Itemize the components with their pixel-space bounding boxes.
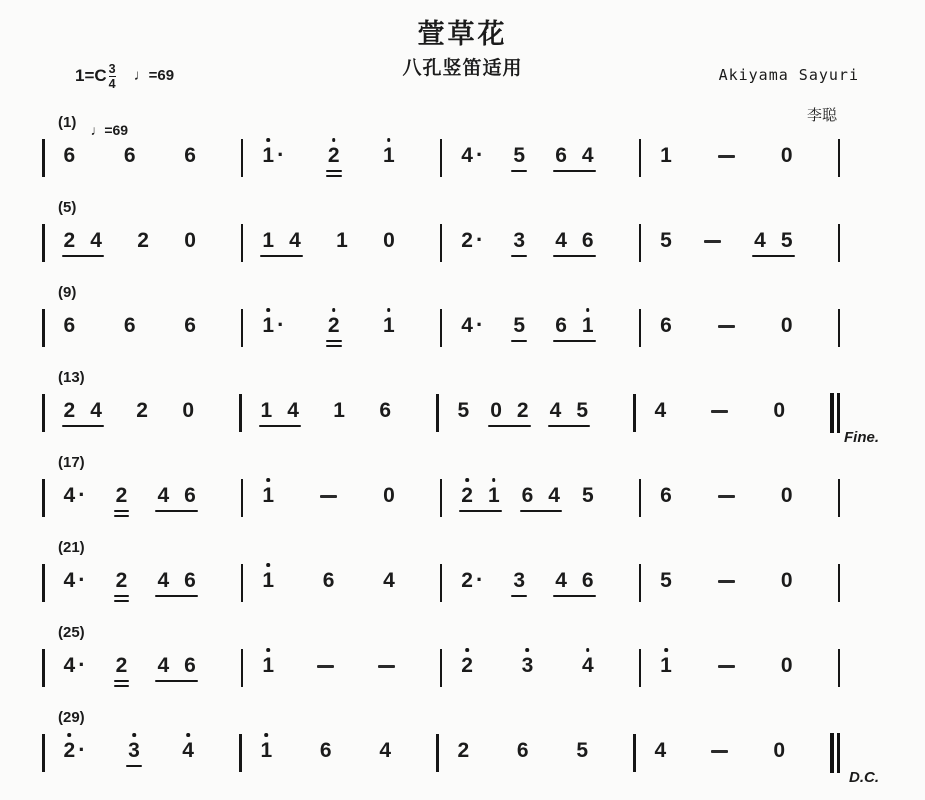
final-bar-stroke <box>837 733 841 773</box>
note-value: 6 <box>184 314 196 337</box>
note-stack: 6 <box>555 315 567 337</box>
note-stack: 6 <box>323 570 335 592</box>
note-group: 5 <box>657 230 675 252</box>
note: 1 <box>262 230 274 252</box>
note: 3 <box>513 230 525 252</box>
note-group: 6 <box>181 145 199 167</box>
note-value: 1 <box>262 314 274 337</box>
note: 2 <box>116 655 128 677</box>
note-stack: 6 <box>184 145 196 167</box>
measure-number-label: (25) <box>58 624 85 641</box>
barline <box>838 479 841 517</box>
final-double-barline <box>830 733 840 773</box>
note: 4· <box>64 485 86 507</box>
measure: 2·34 <box>45 740 240 767</box>
note-group: 0 <box>770 400 788 422</box>
score-line: (5)242014102·346545 <box>0 199 925 284</box>
note-group-notes: 0 <box>771 740 787 762</box>
note-stack <box>320 485 337 508</box>
note-value: 1 <box>383 144 395 167</box>
note-value: 2 <box>328 144 340 167</box>
note-group-notes: 6 <box>658 485 674 507</box>
note-group: 0 <box>179 400 197 422</box>
note-value: 6 <box>522 484 534 507</box>
note: 6 <box>64 145 76 167</box>
note-value: 6 <box>124 314 136 337</box>
system-row: 6661·214·56160 <box>42 306 840 347</box>
sheet-music-page: 萱草花 八孔竖笛适用 1=C 3 4 ♩=69 Akiyama Sayuri 李… <box>0 0 925 800</box>
note-value: 5 <box>513 144 525 167</box>
note-group-notes: 1 <box>334 230 350 252</box>
note-group <box>314 655 337 678</box>
measure-label-row: (25) <box>58 624 925 646</box>
note-group: 0 <box>380 485 398 507</box>
note-group <box>708 740 731 763</box>
note-stack: 6 <box>184 570 196 592</box>
measure-number-label: (5) <box>58 199 76 216</box>
measure: 4·246 <box>45 655 241 687</box>
measure-label-row: (5) <box>58 199 925 221</box>
song-title: 萱草花 <box>0 0 925 51</box>
note-group-notes: 4· <box>459 315 485 337</box>
note-value: 6 <box>582 229 594 252</box>
note-value: 5 <box>513 314 525 337</box>
octave-dot <box>332 308 336 312</box>
note-group-notes: 6 <box>182 145 198 167</box>
note-value: 4 <box>64 654 76 677</box>
note-value: 4 <box>548 484 560 507</box>
note: 6 <box>555 145 567 167</box>
note-group-notes: 64 <box>553 145 595 167</box>
note-value: 4 <box>157 654 169 677</box>
note: 4 <box>289 230 301 252</box>
note-group: 1 <box>380 145 398 167</box>
system-row: 4·246102164560 <box>42 476 840 517</box>
note-group: 21 <box>458 485 502 512</box>
note-group-notes: 2 <box>134 400 150 422</box>
note: 5 <box>781 230 793 252</box>
dash-glyph <box>378 665 395 668</box>
note: 1 <box>333 400 345 422</box>
note-group-notes <box>702 230 723 253</box>
note-group: 45 <box>547 400 591 427</box>
note: 5 <box>458 400 470 422</box>
note-value: 6 <box>582 569 594 592</box>
note-value: 4 <box>157 569 169 592</box>
note-stack: 4 <box>157 655 169 677</box>
system-row: 4·246123410 <box>42 646 840 687</box>
note: 6 <box>582 570 594 592</box>
measure: 4·561 <box>442 315 638 342</box>
note-value: 1 <box>383 314 395 337</box>
note-value: 4 <box>555 229 567 252</box>
measure: 2·346 <box>442 570 638 597</box>
note-stack: 6 <box>522 485 534 507</box>
note-value: 6 <box>64 314 76 337</box>
measure-label-row: (13) <box>58 369 925 391</box>
note: 3 <box>513 570 525 592</box>
note-group-notes: 6 <box>122 145 138 167</box>
note-stack: 1 <box>261 740 273 762</box>
note-value: 5 <box>458 399 470 422</box>
octave-dot <box>68 733 72 737</box>
note-group: 6 <box>657 315 675 337</box>
octave-dot <box>266 138 270 142</box>
note-value: 4 <box>582 144 594 167</box>
note-stack: 0 <box>490 400 502 422</box>
note-stack: 2 <box>461 655 473 677</box>
note-group-notes: 5 <box>580 485 596 507</box>
note-value: 5 <box>660 569 672 592</box>
note-group: 3 <box>519 655 537 677</box>
underline-beam <box>62 425 104 428</box>
system-row: 2·3416426540 <box>42 731 840 773</box>
note-group: 1· <box>259 145 287 167</box>
note-group: 5 <box>657 570 675 592</box>
note-group: 6 <box>121 315 139 337</box>
note <box>711 400 728 423</box>
note-stack: 1 <box>261 400 273 422</box>
measure-number-label: (13) <box>58 369 85 386</box>
measure: 10 <box>641 655 837 678</box>
note-stack: 0 <box>781 570 793 592</box>
score-line: (1)♩=696661·214·56410 <box>0 114 925 199</box>
octave-dot <box>465 648 469 652</box>
note-group-notes: 1 <box>381 315 397 337</box>
note-value: 1 <box>582 314 594 337</box>
augmentation-dot: · <box>476 315 483 335</box>
note-group-notes <box>318 485 339 508</box>
note: 4 <box>555 570 567 592</box>
note-group: 24 <box>61 400 105 427</box>
octave-dot <box>186 733 190 737</box>
note: 6 <box>323 570 335 592</box>
note-value: 1 <box>261 399 273 422</box>
note-group-notes: 2 <box>114 570 130 592</box>
note-group-notes: 4 <box>377 740 393 762</box>
note-stack: 5 <box>576 400 588 422</box>
underline-beam <box>511 595 527 598</box>
note-group-notes: 0 <box>771 400 787 422</box>
note-group-notes: 5 <box>511 315 527 337</box>
note-value: 4 <box>754 229 766 252</box>
note-stack: 2 <box>517 400 529 422</box>
note: 4 <box>582 655 594 677</box>
score-line: (21)4·2461642·34650 <box>0 539 925 624</box>
note-value: 3 <box>522 654 534 677</box>
note <box>718 145 735 168</box>
note: 4· <box>64 570 86 592</box>
note-group: 6 <box>61 315 79 337</box>
note-group: 4· <box>458 315 486 337</box>
dash-note <box>718 656 735 678</box>
note-value: 6 <box>184 144 196 167</box>
note-group-notes: 46 <box>155 485 197 507</box>
dash-glyph <box>718 325 735 328</box>
note-stack: 0 <box>781 315 793 337</box>
note: 1 <box>261 400 273 422</box>
note-group-notes <box>716 485 737 508</box>
note-group-notes: 4 <box>653 740 669 762</box>
underline-beam <box>126 765 142 768</box>
note-stack: 6 <box>124 315 136 337</box>
note-value: 4 <box>655 739 667 762</box>
note-group <box>701 230 724 253</box>
note-value: 2 <box>64 229 76 252</box>
note: 5 <box>660 570 672 592</box>
measure: 1410 <box>243 230 439 257</box>
measure-label-row: (21) <box>58 539 925 561</box>
note-stack: 4 <box>90 400 102 422</box>
note-value: 1 <box>262 654 274 677</box>
note-stack: 2 <box>64 740 76 762</box>
note-group: 2 <box>134 230 152 252</box>
note-stack: 2 <box>461 485 473 507</box>
underline-beam <box>511 255 527 258</box>
underline-beam <box>114 595 130 598</box>
note-stack: 6 <box>555 145 567 167</box>
score-line: (13)242014165024540Fine. <box>0 369 925 454</box>
note: 2 <box>64 230 76 252</box>
note-stack: 1 <box>582 315 594 337</box>
measure: 2420 <box>45 400 240 427</box>
note: 4 <box>383 570 395 592</box>
note-stack: 5 <box>660 570 672 592</box>
note-group: 64 <box>552 145 596 172</box>
note-value: 2 <box>517 399 529 422</box>
dash-note <box>718 571 735 593</box>
note-value: 4 <box>64 569 76 592</box>
note-group: 1 <box>258 740 276 762</box>
note <box>378 655 395 678</box>
measure-label-row: (17) <box>58 454 925 476</box>
note: 4 <box>550 400 562 422</box>
measure: 4·246 <box>45 570 241 602</box>
note-value: 6 <box>323 569 335 592</box>
measure: 164 <box>242 740 437 762</box>
note <box>704 230 721 253</box>
note-value: 4 <box>550 399 562 422</box>
note-stack: 2 <box>328 315 340 337</box>
note-stack: 4 <box>157 485 169 507</box>
note-group: 2 <box>113 570 131 602</box>
note-value: 4 <box>461 314 473 337</box>
note-stack: 0 <box>773 400 785 422</box>
octave-dot <box>664 648 668 652</box>
note: 1 <box>262 485 274 507</box>
note-group: 0 <box>181 230 199 252</box>
note: 0 <box>490 400 502 422</box>
note-stack: 1 <box>262 570 274 592</box>
note-group: 1 <box>657 145 675 167</box>
octave-dot <box>387 138 391 142</box>
system-row: 242014165024540 <box>42 391 840 433</box>
note-group-notes: 6 <box>182 315 198 337</box>
dash-note <box>378 656 395 678</box>
note: 4 <box>90 400 102 422</box>
note-value: 0 <box>383 229 395 252</box>
note-group: 3 <box>125 740 143 767</box>
note: 1· <box>262 145 284 167</box>
note-group-notes: 2· <box>62 740 88 762</box>
octave-dot <box>332 138 336 142</box>
dash-glyph <box>718 580 735 583</box>
underline-beam <box>459 510 501 513</box>
note: 4· <box>461 315 483 337</box>
note: 4 <box>287 400 299 422</box>
note-group-notes <box>716 145 737 168</box>
octave-dot <box>387 308 391 312</box>
underline-beam <box>62 255 104 258</box>
note: 4 <box>379 740 391 762</box>
note: 6 <box>555 315 567 337</box>
note-value: 3 <box>128 739 140 762</box>
note-value: 4 <box>383 569 395 592</box>
note-value: 5 <box>781 229 793 252</box>
measure: 60 <box>641 485 837 508</box>
note-group: 2 <box>133 400 151 422</box>
inline-tempo-marking: ♩=69 <box>90 122 128 138</box>
measure: 40 <box>636 400 831 423</box>
note-value: 5 <box>582 484 594 507</box>
note-group: 6 <box>317 740 335 762</box>
note-group: 5 <box>579 485 597 507</box>
note-value: 0 <box>773 399 785 422</box>
note: 0 <box>781 145 793 167</box>
note-group: 6 <box>181 315 199 337</box>
note-group-notes: 3 <box>511 570 527 592</box>
note: 1 <box>261 740 273 762</box>
score-line: (25)4·246123410 <box>0 624 925 709</box>
note <box>718 485 735 508</box>
augmentation-dot: · <box>476 570 483 590</box>
note: 6 <box>124 315 136 337</box>
note: 0 <box>781 570 793 592</box>
note-group-notes: 6 <box>62 315 78 337</box>
note-value: 4 <box>90 229 102 252</box>
note-group: 5 <box>455 400 473 422</box>
measure: 10 <box>243 485 439 508</box>
note-group: 0 <box>778 145 796 167</box>
note-stack: 5 <box>458 400 470 422</box>
underline-beam <box>114 680 130 683</box>
dash-note <box>320 486 337 508</box>
note-group: 4 <box>376 740 394 762</box>
note-group: 4 <box>579 655 597 677</box>
note-group-notes: 5 <box>456 400 472 422</box>
note-group-notes: 0 <box>779 655 795 677</box>
note-group-notes <box>709 400 730 423</box>
note-group <box>375 655 398 678</box>
note-group-notes: 6 <box>62 145 78 167</box>
note-stack: 4 <box>555 570 567 592</box>
note-group: 0 <box>778 570 796 592</box>
note-stack: 2 <box>64 400 76 422</box>
note-stack <box>317 655 334 678</box>
note-group-notes: 6 <box>321 570 337 592</box>
note: 5 <box>582 485 594 507</box>
note-group: 4 <box>380 570 398 592</box>
note: 5 <box>513 145 525 167</box>
note-group: 0 <box>770 740 788 762</box>
note-value: 1 <box>660 144 672 167</box>
note-stack: 1 <box>262 655 274 677</box>
measure: 10 <box>641 145 837 168</box>
underline-beam <box>155 595 197 598</box>
note-stack <box>718 570 735 593</box>
augmentation-dot: · <box>78 570 85 590</box>
note-stack: 3 <box>513 230 525 252</box>
note-stack: 1 <box>383 315 395 337</box>
note-value: 6 <box>64 144 76 167</box>
note-group-notes <box>716 570 737 593</box>
note-stack: 4 <box>64 485 76 507</box>
note-group <box>715 485 738 508</box>
note-value: 6 <box>379 399 391 422</box>
note: 0 <box>781 315 793 337</box>
note-stack: 2 <box>116 655 128 677</box>
note: 4 <box>655 400 667 422</box>
note: 1· <box>262 315 284 337</box>
dash-glyph <box>711 410 728 413</box>
note: 1 <box>660 145 672 167</box>
measure-number-label: (1) <box>58 114 76 131</box>
note-group-notes: 4 <box>381 570 397 592</box>
augmentation-dot: · <box>476 145 483 165</box>
dash-glyph <box>317 665 334 668</box>
underline-beam <box>488 425 530 428</box>
augmentation-dot: · <box>277 145 284 165</box>
note-value: 2 <box>461 569 473 592</box>
note-group: 4 <box>652 740 670 762</box>
note-group-notes: 2 <box>326 315 342 337</box>
measure: 21645 <box>442 485 638 512</box>
note-value: 6 <box>660 484 672 507</box>
measure: 50245 <box>439 400 634 427</box>
note-group-notes: 6 <box>122 315 138 337</box>
measure-label-row: (29) <box>58 709 925 731</box>
note-stack: 0 <box>182 400 194 422</box>
note-group: 2 <box>458 655 476 677</box>
note-value: 1 <box>488 484 500 507</box>
measure-label-row: (9) <box>58 284 925 306</box>
note-value: 4 <box>182 739 194 762</box>
note-group-notes: 4 <box>180 740 196 762</box>
note-group: 0 <box>778 315 796 337</box>
note-value: 2 <box>136 399 148 422</box>
score-line: (17)4·246102164560 <box>0 454 925 539</box>
note-group-notes: 4· <box>62 655 88 677</box>
key-signature: 1=C 3 4 ♩=69 <box>75 62 174 89</box>
note-group: 5 <box>510 145 528 172</box>
underline-beam <box>553 170 595 173</box>
note: 2· <box>461 570 483 592</box>
note-stack: 5 <box>781 230 793 252</box>
note-stack: 1 <box>660 145 672 167</box>
note: 0 <box>781 485 793 507</box>
note: 6 <box>660 315 672 337</box>
score-line: (9)6661·214·56160 <box>0 284 925 369</box>
barline <box>838 649 841 687</box>
underline-beam <box>511 170 527 173</box>
note-group-notes: 5 <box>511 145 527 167</box>
time-signature-numerator: 3 <box>109 63 116 76</box>
note-group-notes: 6 <box>515 740 531 762</box>
note <box>711 740 728 763</box>
note: 2 <box>116 570 128 592</box>
note-group: 46 <box>552 230 596 257</box>
system-row: 6661·214·56410 <box>42 136 840 177</box>
